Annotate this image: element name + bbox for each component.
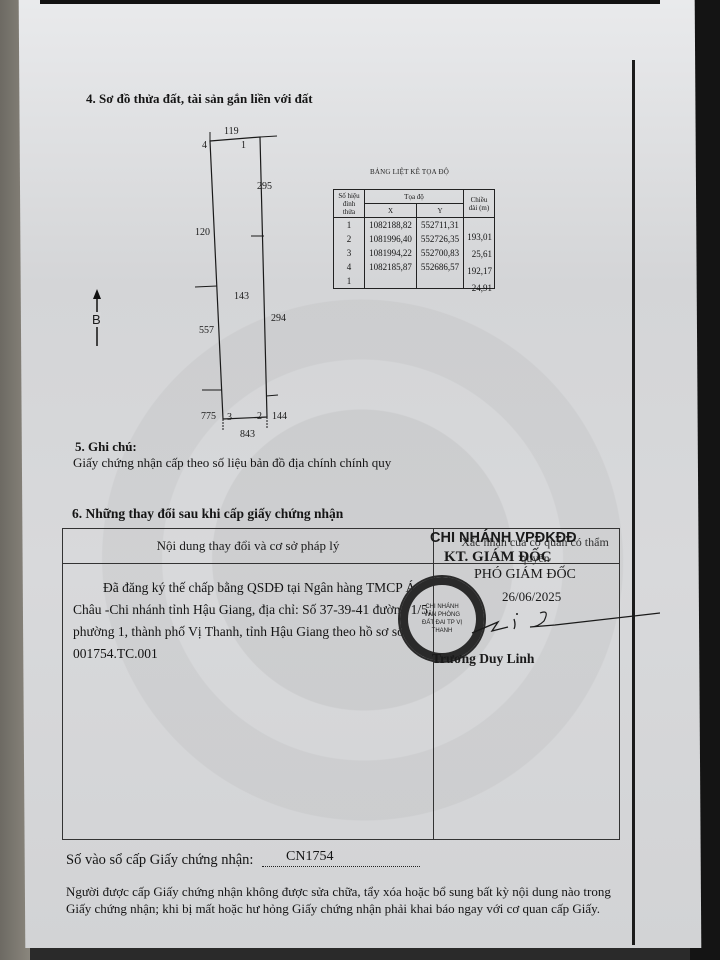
col-header-coords: Tọa độ [365, 190, 464, 204]
segment-length: 24,91 [472, 283, 492, 293]
col-header-length: Chiều dài (m) [464, 190, 495, 218]
coord-cell-x: 1082188,82 [365, 218, 417, 233]
signature-date: 26/06/2025 [502, 589, 561, 605]
change-content-text: Đã đăng ký thế chấp bằng QSDĐ tại Ngân h… [73, 577, 433, 665]
page-top-edge [40, 0, 660, 4]
label-right-lower: 294 [271, 313, 286, 324]
col-header-y: Y [416, 204, 463, 218]
coord-cell-lengths: 193,0125,61192,1724,91 [464, 218, 495, 289]
coord-cell-y [416, 274, 463, 289]
coord-cell-x: 1082185,87 [365, 260, 417, 274]
signature-icon [470, 605, 660, 635]
segment-length: 192,17 [467, 266, 492, 276]
page-margin-line [632, 60, 635, 945]
vertex-label-1: 1 [241, 140, 246, 151]
label-right-upper: 295 [257, 181, 272, 192]
registry-dotted-line [262, 866, 420, 867]
label-top-neighbor: 119 [224, 126, 239, 137]
vertex-label-4: 4 [202, 140, 207, 151]
coord-cell-point: 4 [334, 260, 365, 274]
section-5-title: 5. Ghi chú: [75, 439, 137, 455]
registry-label: Số vào sổ cấp Giấy chứng nhận: [66, 852, 253, 869]
registry-number: CN1754 [286, 849, 333, 865]
section-5-note: Giấy chứng nhận cấp theo số liệu bản đồ … [73, 455, 391, 471]
segment-length: 25,61 [472, 249, 492, 259]
coord-cell-point: 2 [334, 232, 365, 246]
label-bottom-right: 144 [272, 411, 287, 422]
coord-cell-y: 552700,83 [416, 246, 463, 260]
section-4-title: 4. Sơ đồ thửa đất, tài sản gắn liền với … [86, 91, 313, 107]
segment-length: 193,01 [467, 232, 492, 242]
coordinates-table: Số hiệu đỉnh thửa Tọa độ Chiều dài (m) X… [333, 189, 495, 289]
coord-cell-x: 1081994,22 [365, 246, 417, 260]
col-header-content: Nội dung thay đổi và cơ sở pháp lý [63, 529, 433, 564]
coord-cell-point: 1 [334, 274, 365, 289]
north-arrow-label: B [92, 312, 101, 327]
label-left-upper: 120 [195, 227, 210, 238]
label-bottom-left: 775 [201, 411, 216, 422]
coord-cell-point: 1 [334, 218, 365, 233]
stamp-director-title: KT. GIÁM ĐỐC [444, 549, 552, 566]
vertex-label-2: 2 [257, 411, 262, 422]
signer-title: PHÓ GIÁM ĐỐC [474, 567, 576, 583]
label-center: 143 [234, 291, 249, 302]
label-bottom: 843 [240, 429, 255, 440]
stamp-branch-name: CHI NHÁNH VPĐKĐĐ [430, 530, 577, 546]
coord-cell-y: 552726,35 [416, 232, 463, 246]
seal-center-text: CHI NHÁNH VĂN PHÒNG ĐẤT ĐAI TP VỊ THANH [420, 603, 464, 635]
label-left-lower: 557 [199, 325, 214, 336]
coord-cell-point: 3 [334, 246, 365, 260]
coord-cell-y: 552686,57 [416, 260, 463, 274]
coord-cell-x: 1081996,40 [365, 232, 417, 246]
parcel-diagram [180, 120, 310, 440]
vertex-label-3: 3 [227, 412, 232, 423]
section-6-title: 6. Những thay đổi sau khi cấp giấy chứng… [72, 506, 343, 522]
coord-cell-y: 552711,31 [416, 218, 463, 233]
signer-name: Trương Duy Linh [432, 651, 534, 667]
col-header-x: X [365, 204, 417, 218]
coord-cell-x [365, 274, 417, 289]
coordinates-table-caption: BẢNG LIỆT KÊ TỌA ĐỘ [370, 168, 449, 176]
col-header-point: Số hiệu đỉnh thửa [334, 190, 365, 218]
coordinates-row: 11082188,82552711,31193,0125,61192,1724,… [334, 218, 495, 233]
footer-note: Người được cấp Giấy chứng nhận không đượ… [66, 883, 616, 917]
